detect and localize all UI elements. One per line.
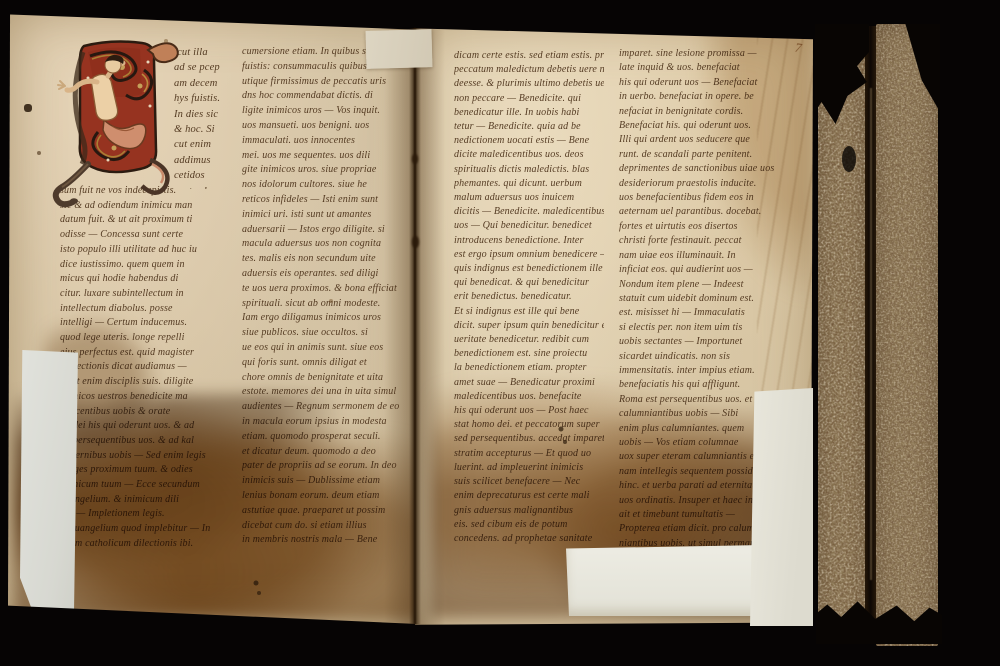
- left-column1-beside-initial: icut illa ad se pcep am decem hys fuisti…: [174, 45, 248, 189]
- board-edge-2: [876, 24, 938, 646]
- gutter-fold: [409, 28, 421, 624]
- board-edge-1: [818, 26, 866, 642]
- repair-tape: [366, 29, 433, 69]
- manuscript-photo: icut illa ad se pcep am decem hys fuisti…: [0, 0, 1000, 666]
- left-page: icut illa ad se pcep am decem hys fuisti…: [8, 12, 418, 624]
- paper-slip-left: [20, 350, 78, 618]
- binding-boards: [818, 26, 940, 642]
- paper-slip-right-edge: [750, 388, 813, 626]
- paper-patch-bottom-right: [566, 545, 766, 616]
- right-column1: dicam certe estis. sed etiam estis. pro …: [454, 49, 604, 555]
- gutter-ink-blob: [412, 154, 418, 164]
- left-column2: cumersione etiam. In quibus sub gre fuis…: [242, 45, 418, 561]
- left-column1: sum fuit ne vos indecepistis. sic & ad o…: [60, 184, 248, 564]
- illuminated-initial-icon: [52, 34, 182, 214]
- wormhole-specks: [0, 0, 2, 2]
- leather-damage-spot: [842, 146, 856, 172]
- gutter-ink-blob: [412, 236, 419, 248]
